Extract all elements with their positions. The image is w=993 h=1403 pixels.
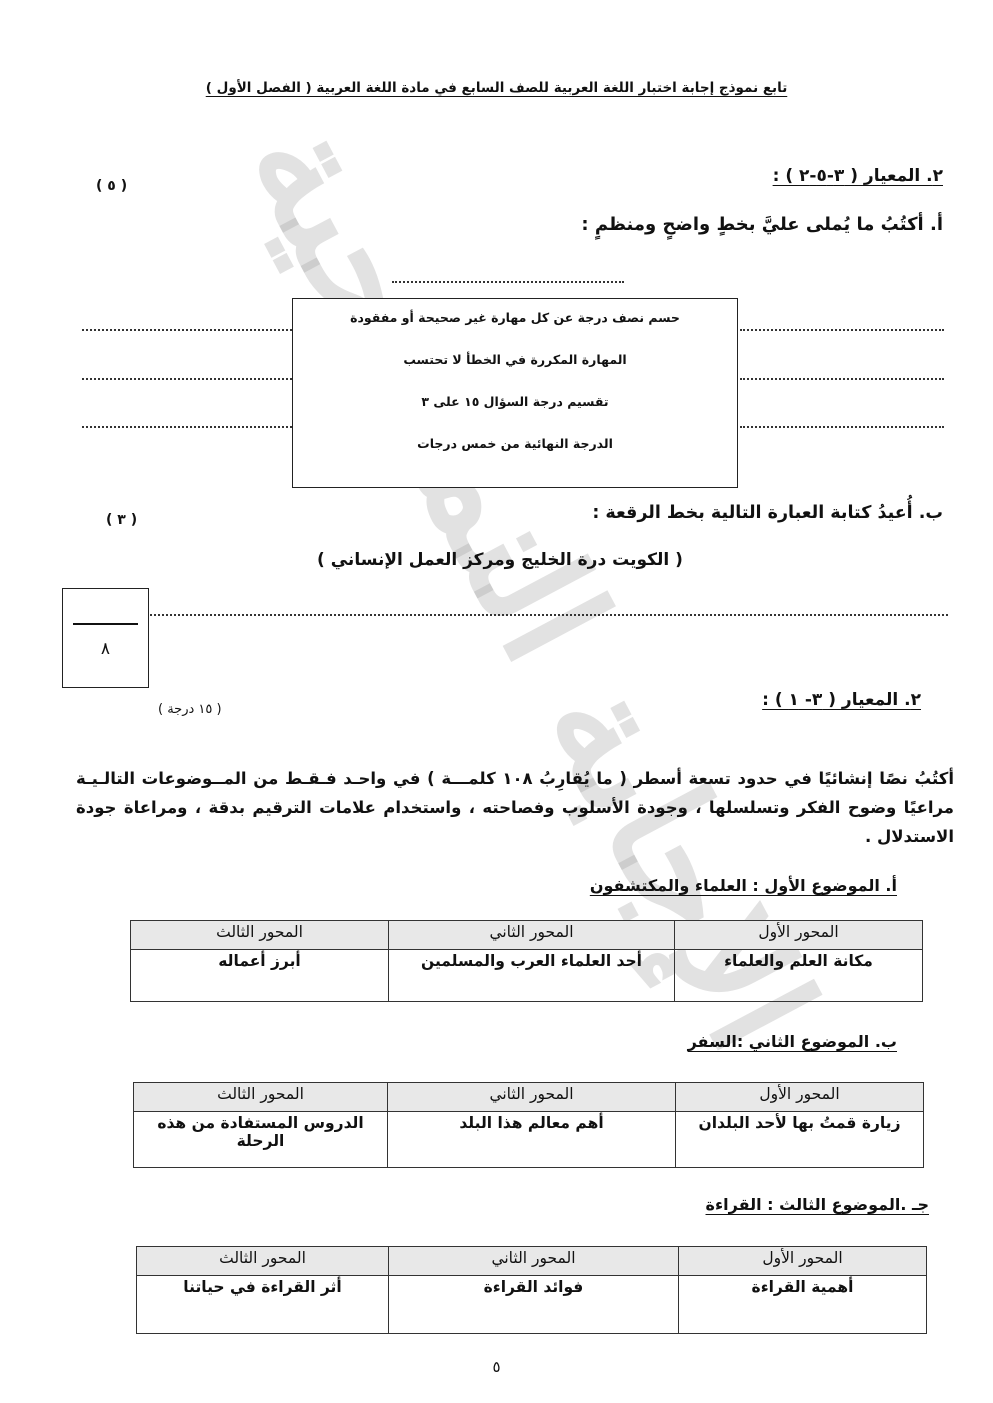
table-header: المحور الثاني bbox=[389, 921, 675, 950]
answer-line[interactable] bbox=[82, 329, 292, 331]
topic-title-2: ب. الموضوع الثاني :السفر bbox=[688, 1032, 897, 1051]
table-header: المحور الأول bbox=[675, 921, 923, 950]
table-cell: الدروس المستفادة من هذه الرحلة bbox=[134, 1112, 388, 1168]
table-cell: أثر القراءة في حياتنا bbox=[137, 1276, 389, 1334]
section-mark-dictation: ( ٥ ) bbox=[96, 178, 127, 194]
table-header: المحور الثالث bbox=[131, 921, 389, 950]
answer-line[interactable] bbox=[740, 426, 944, 428]
table-cell: فوائد القراءة bbox=[389, 1276, 679, 1334]
answer-line[interactable] bbox=[150, 614, 948, 616]
table-cell: مكانة العلم والعلماء bbox=[675, 950, 923, 1002]
table-cell: أهمية القراءة bbox=[679, 1276, 927, 1334]
grading-note: الدرجة النهائية من خمس درجات bbox=[417, 433, 613, 475]
answer-line[interactable] bbox=[740, 378, 944, 380]
table-header: المحور الأول bbox=[676, 1083, 924, 1112]
score-box: ٨ bbox=[62, 588, 149, 688]
table-header: المحور الثالث bbox=[137, 1247, 389, 1276]
score-denominator: ٨ bbox=[63, 639, 148, 659]
topic-table-1: المحور الأول المحور الثاني المحور الثالث… bbox=[130, 920, 923, 1002]
table-header: المحور الثالث bbox=[134, 1083, 388, 1112]
answer-line[interactable] bbox=[392, 281, 624, 283]
table-header: المحور الثاني bbox=[389, 1247, 679, 1276]
table-cell: زيارة قمتُ بها لأحد البلدان bbox=[676, 1112, 924, 1168]
essay-instructions: أكتُبُ نصًا إنشائيًا في حدود تسعة أسطر (… bbox=[76, 764, 954, 851]
document-page: تابع نموذج إجابة اختبار اللغة العربية لل… bbox=[0, 0, 993, 1403]
grading-notes-box: حسم نصف درجة عن كل مهارة غير صحيحة أو مف… bbox=[292, 298, 738, 488]
dictation-prompt: أ. أكتُبُ ما يُملى عليَّ بخطٍ واضحٍ ومنظ… bbox=[581, 214, 943, 235]
answer-line[interactable] bbox=[740, 329, 944, 331]
grading-note: المهارة المكررة في الخطأ لا تحتسب bbox=[403, 349, 626, 391]
answer-line[interactable] bbox=[82, 378, 292, 380]
topic-table-3: المحور الأول المحور الثاني المحور الثالث… bbox=[136, 1246, 927, 1334]
table-cell: أبرز أعماله bbox=[131, 950, 389, 1002]
ruqaa-phrase: ( الكويت درة الخليج ومركز العمل الإنساني… bbox=[0, 550, 993, 570]
score-fraction-line bbox=[73, 623, 138, 625]
table-header: المحور الأول bbox=[679, 1247, 927, 1276]
page-number: ٥ bbox=[0, 1358, 993, 1376]
topic-title-1: أ. الموضوع الأول : العلماء والمكتشفون bbox=[590, 876, 897, 895]
ruqaa-prompt: ب. أُعيدُ كتابة العبارة التالية بخط الرق… bbox=[592, 503, 943, 523]
answer-line[interactable] bbox=[82, 426, 292, 428]
criterion-heading-essay: ٢. المعيار ( ٣- ١ ) : bbox=[762, 690, 921, 710]
table-header: المحور الثاني bbox=[388, 1083, 676, 1112]
topic-title-3: جـ .الموضوع الثالث : القراءة bbox=[706, 1195, 929, 1214]
document-title: تابع نموذج إجابة اختبار اللغة العربية لل… bbox=[0, 80, 993, 96]
table-cell: أهم معالم هذا البلد bbox=[388, 1112, 676, 1168]
table-cell: أحد العلماء العرب والمسلمين bbox=[389, 950, 675, 1002]
topic-table-2: المحور الأول المحور الثاني المحور الثالث… bbox=[133, 1082, 924, 1168]
section-mark-ruqaa: ( ٣ ) bbox=[106, 512, 137, 528]
grading-note: تقسيم درجة السؤال ١٥ على ٣ bbox=[421, 391, 608, 433]
criterion-heading-dictation: ٢. المعيار ( ٣-٥-٢ ) : bbox=[773, 166, 943, 186]
grading-note: حسم نصف درجة عن كل مهارة غير صحيحة أو مف… bbox=[350, 307, 680, 349]
section-mark-essay: ( ١٥ درجة ) bbox=[158, 702, 222, 717]
